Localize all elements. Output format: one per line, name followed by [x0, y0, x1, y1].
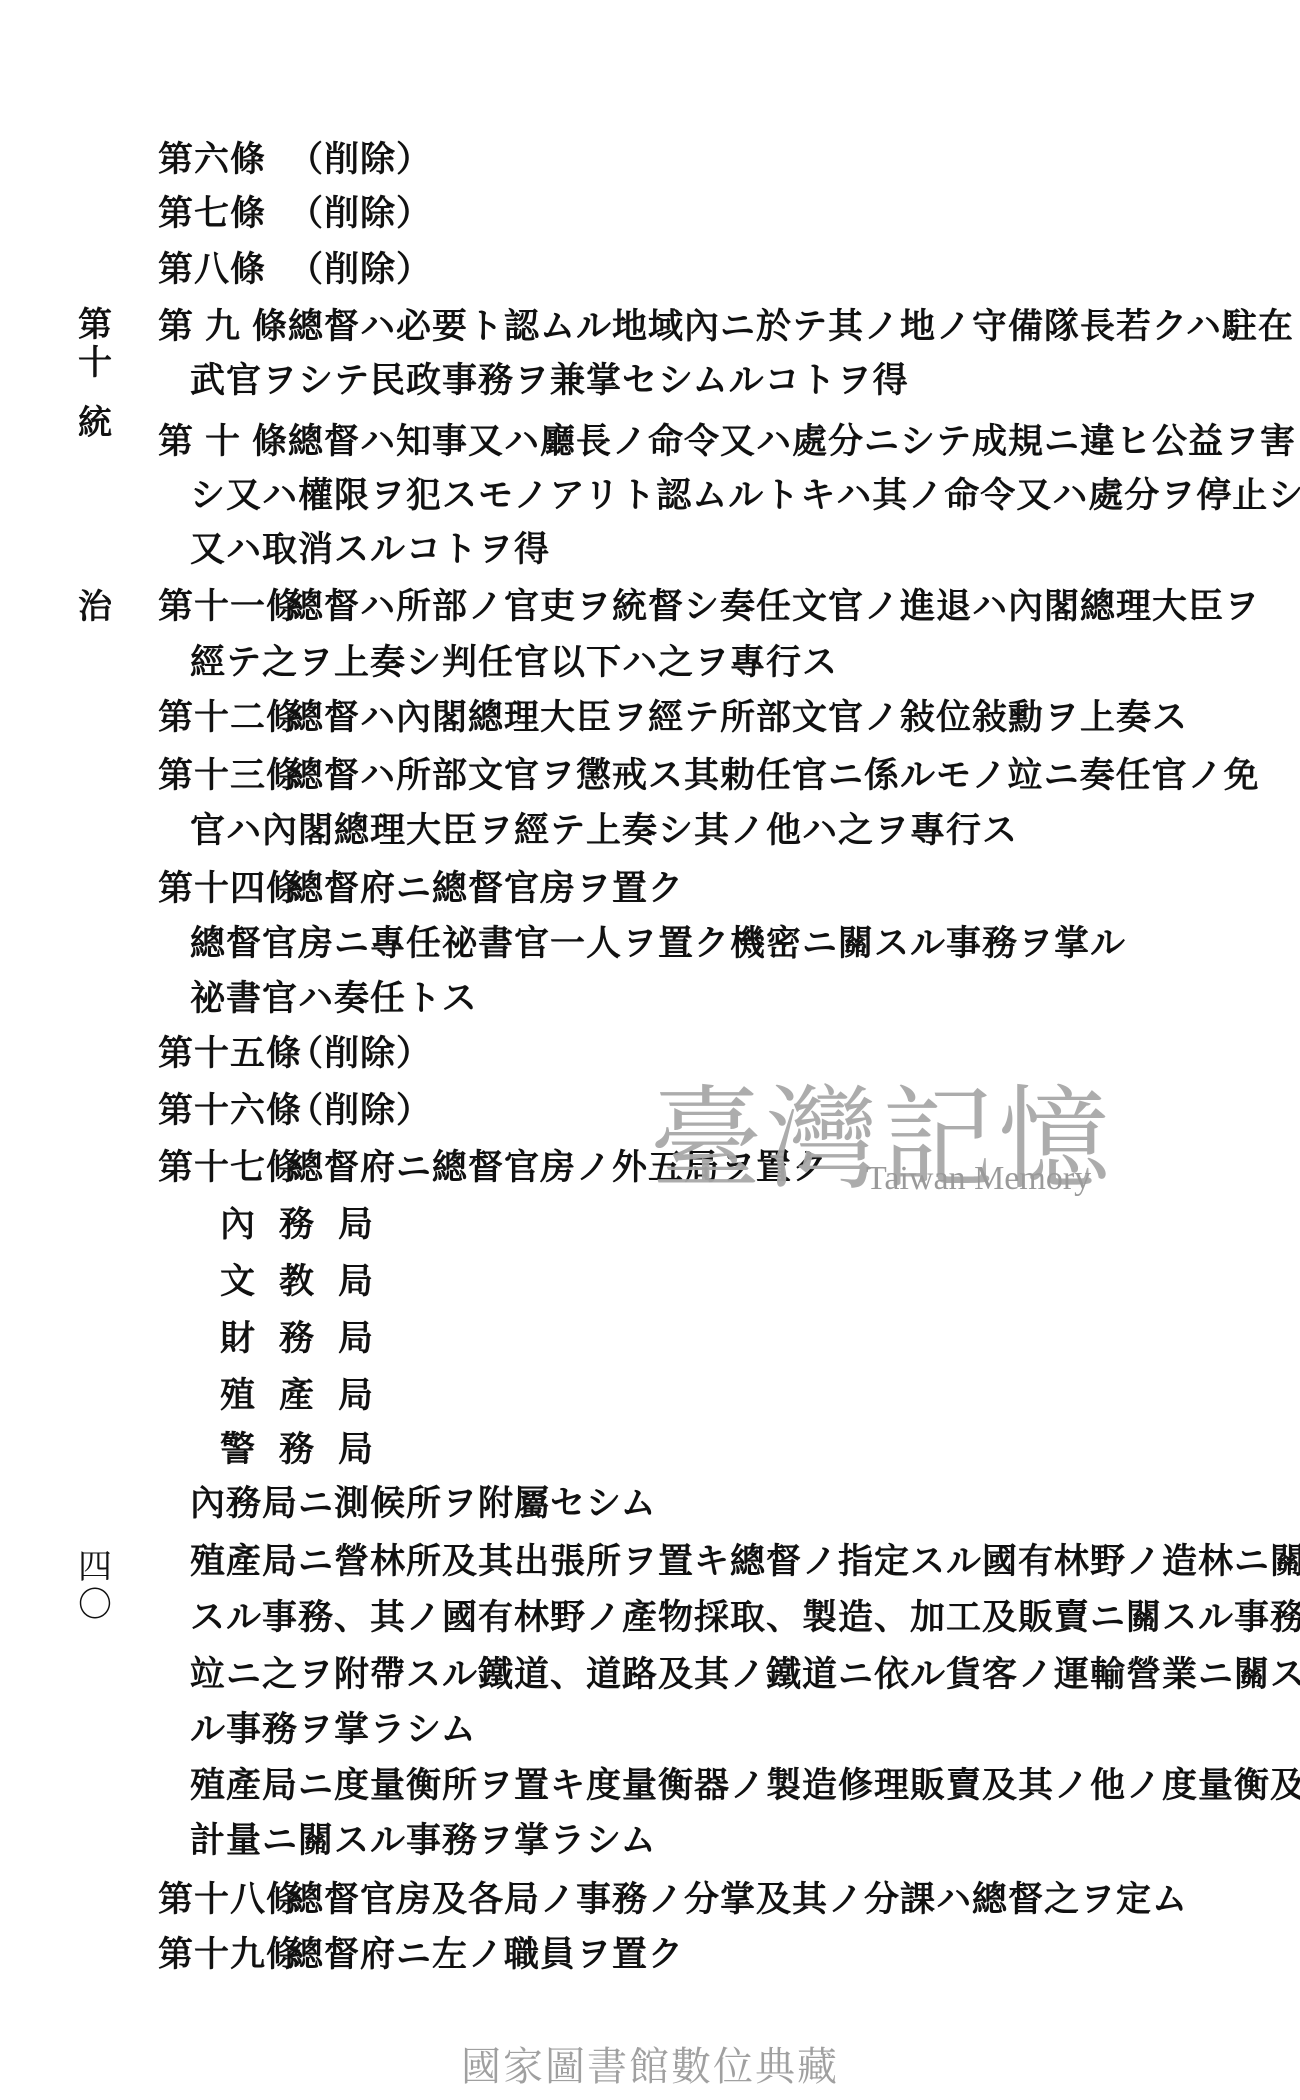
- provision-line: 計量ニ關スル事務ヲ掌ラシム: [190, 1819, 657, 1863]
- article-10: 第十條總督ハ知事又ハ廳長ノ命令又ハ處分ニシテ成規ニ違ヒ公益ヲ害: [158, 420, 1216, 464]
- provision-line: 殖產局ニ營林所及其出張所ヲ置キ總督ノ指定スル國有林野ノ造林ニ關: [190, 1540, 1216, 1584]
- article-14-continuation-1: 總督官房ニ專任祕書官一人ヲ置ク機密ニ關スル事務ヲ掌ル: [190, 922, 1126, 966]
- margin-chapter-label: 第 十: [76, 306, 114, 382]
- article-text: 總督ハ必要ト認ムル地域內ニ於テ其ノ地ノ守備隊長若クハ駐在: [288, 306, 1294, 347]
- article-number: 第十九條: [158, 1933, 288, 1977]
- article-text: （削除）: [288, 139, 432, 180]
- article-text: 總督ハ所部文官ヲ懲戒ス其勅任官ニ係ルモノ竝ニ奏任官ノ免: [288, 755, 1260, 796]
- article-14: 第十四條總督府ニ總督官房ヲ置ク: [158, 867, 684, 911]
- article-number: 第八條: [158, 248, 288, 292]
- bureau-item: 財務局: [220, 1317, 397, 1361]
- watermark-caption: Taiwan Memory: [866, 1160, 1091, 1198]
- article-9-continuation: 武官ヲシテ民政事務ヲ兼掌セシムルコトヲ得: [190, 359, 909, 403]
- article-number: 第七條: [158, 192, 288, 236]
- article-number: 第十八條: [158, 1878, 288, 1922]
- article-13: 第十三條總督ハ所部文官ヲ懲戒ス其勅任官ニ係ルモノ竝ニ奏任官ノ免: [158, 754, 1216, 798]
- article-number: 第十五條: [158, 1032, 288, 1076]
- bureau-item: 內務局: [220, 1203, 397, 1247]
- article-6: 第六條（削除）: [158, 138, 432, 182]
- footer-attribution: 國家圖書館數位典藏: [0, 2035, 1300, 2092]
- article-19: 第十九條總督府ニ左ノ職員ヲ置ク: [158, 1933, 684, 1977]
- article-10-continuation-1: シ又ハ權限ヲ犯スモノアリト認ムルトキハ其ノ命令又ハ處分ヲ停止シ: [190, 474, 1216, 518]
- margin-title-label-1: 統: [76, 404, 114, 442]
- article-number: 第十四條: [158, 867, 288, 911]
- provision-line: 內務局ニ測候所ヲ附屬セシム: [190, 1482, 657, 1526]
- bureau-item: 警務局: [220, 1428, 397, 1472]
- article-12: 第十二條總督ハ內閣總理大臣ヲ經テ所部文官ノ敍位敍勳ヲ上奏ス: [158, 696, 1188, 740]
- article-text: 總督ハ內閣總理大臣ヲ經テ所部文官ノ敍位敍勳ヲ上奏ス: [288, 697, 1188, 738]
- article-text: （削除）: [288, 1090, 432, 1131]
- article-number: 第十六條: [158, 1089, 288, 1133]
- article-9: 第九條總督ハ必要ト認ムル地域內ニ於テ其ノ地ノ守備隊長若クハ駐在: [158, 305, 1216, 349]
- bureau-item: 文教局: [220, 1260, 397, 1304]
- article-number: 第十七條: [158, 1146, 288, 1190]
- article-text: 總督府ニ左ノ職員ヲ置ク: [288, 1934, 684, 1975]
- article-15: 第十五條（削除）: [158, 1032, 432, 1076]
- article-number: 第十二條: [158, 696, 288, 740]
- article-number: 第十條: [158, 420, 288, 464]
- margin-title-label-2: 治: [76, 588, 114, 626]
- article-number: 第十三條: [158, 754, 288, 798]
- article-number: 第十一條: [158, 585, 288, 629]
- article-text: （削除）: [288, 193, 432, 234]
- article-text: （削除）: [288, 1033, 432, 1074]
- article-text: 總督ハ所部ノ官吏ヲ統督シ奏任文官ノ進退ハ內閣總理大臣ヲ: [288, 586, 1260, 627]
- page-number: 四 〇: [76, 1548, 114, 1624]
- article-11-continuation: 經テ之ヲ上奏シ判任官以下ハ之ヲ專行ス: [190, 641, 838, 685]
- article-8: 第八條（削除）: [158, 248, 432, 292]
- article-11: 第十一條總督ハ所部ノ官吏ヲ統督シ奏任文官ノ進退ハ內閣總理大臣ヲ: [158, 585, 1216, 629]
- article-text: 總督官房及各局ノ事務ノ分掌及其ノ分課ハ總督之ヲ定ム: [288, 1879, 1188, 1920]
- article-text: （削除）: [288, 249, 432, 290]
- article-7: 第七條（削除）: [158, 192, 432, 236]
- article-16: 第十六條（削除）: [158, 1089, 432, 1133]
- provision-line: 殖產局ニ度量衡所ヲ置キ度量衡器ノ製造修理販賣及其ノ他ノ度量衡及: [190, 1764, 1216, 1808]
- article-text: 總督ハ知事又ハ廳長ノ命令又ハ處分ニシテ成規ニ違ヒ公益ヲ害: [288, 421, 1296, 462]
- article-text: 總督府ニ總督官房ヲ置ク: [288, 868, 684, 909]
- provision-line: 竝ニ之ヲ附帶スル鐵道、道路及其ノ鐵道ニ依ル貨客ノ運輸營業ニ關ス: [190, 1653, 1216, 1697]
- article-13-continuation: 官ハ內閣總理大臣ヲ經テ上奏シ其ノ他ハ之ヲ專行ス: [190, 809, 1018, 853]
- article-number: 第九條: [158, 305, 288, 349]
- article-number: 第六條: [158, 138, 288, 182]
- provision-line: ル事務ヲ掌ラシム: [190, 1708, 477, 1752]
- bureau-item: 殖產局: [220, 1374, 397, 1418]
- provision-line: スル事務、其ノ國有林野ノ產物採取、製造、加工及販賣ニ關スル事務: [190, 1596, 1216, 1640]
- article-10-continuation-2: 又ハ取消スルコトヲ得: [190, 528, 550, 572]
- article-14-continuation-2: 祕書官ハ奏任トス: [190, 977, 478, 1021]
- article-18: 第十八條總督官房及各局ノ事務ノ分掌及其ノ分課ハ總督之ヲ定ム: [158, 1878, 1188, 1922]
